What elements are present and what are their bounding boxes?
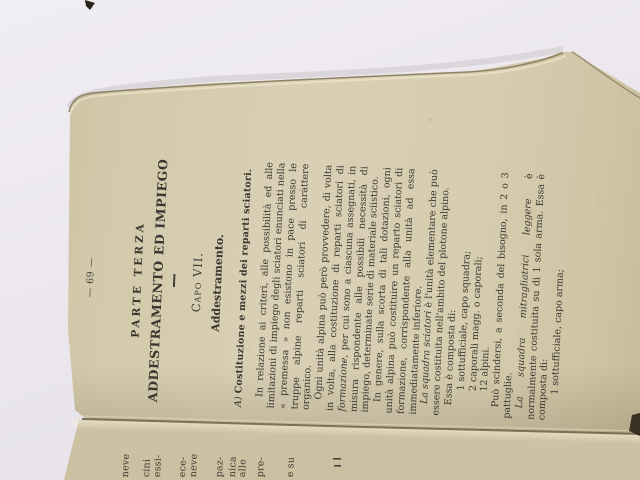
facing-page-line-fragment: e su [285,457,297,478]
section-heading: A) Costituzione e mezzi dei reparti scia… [233,161,256,407]
heading-rule [173,275,175,288]
table-speck [85,0,95,10]
facing-page-line-fragment: neve [188,453,200,477]
chapter-subheading: Addestramento. [206,160,229,406]
facing-page-line-fragment: neve [120,453,132,477]
facing-page-line-fragment: alle [237,459,249,478]
paragraph: Ogni unità alpina può però provvedere, d… [313,164,383,412]
page-text-block: — 69 — PARTE TERZA ADDESTRAMENTO ED IMPI… [65,84,640,449]
facing-page-line-fragment: pre- [255,457,267,478]
paragraph: In relazione ai criteri, alle possibilit… [254,162,324,410]
page-number: — 69 — [80,154,103,400]
section-title: Costituzione e mezzi dei reparti sciator… [234,168,255,393]
facing-page-line-fragment: essi- [152,454,164,477]
chapter-heading: Capo VII. [187,159,210,405]
book-photo: — 69 — PARTE TERZA ADDESTRAMENTO ED IMPI… [0,0,640,480]
part-subtitle: ADDESTRAMENTO ED IMPIEGO [146,157,169,403]
facing-page-line-fragment: cini [141,459,153,478]
facing-page-line-fragment: paz- [214,456,226,477]
section-label: A) [233,396,244,407]
page-body-text: In relazione ai criteri, alle possibilit… [254,162,571,421]
